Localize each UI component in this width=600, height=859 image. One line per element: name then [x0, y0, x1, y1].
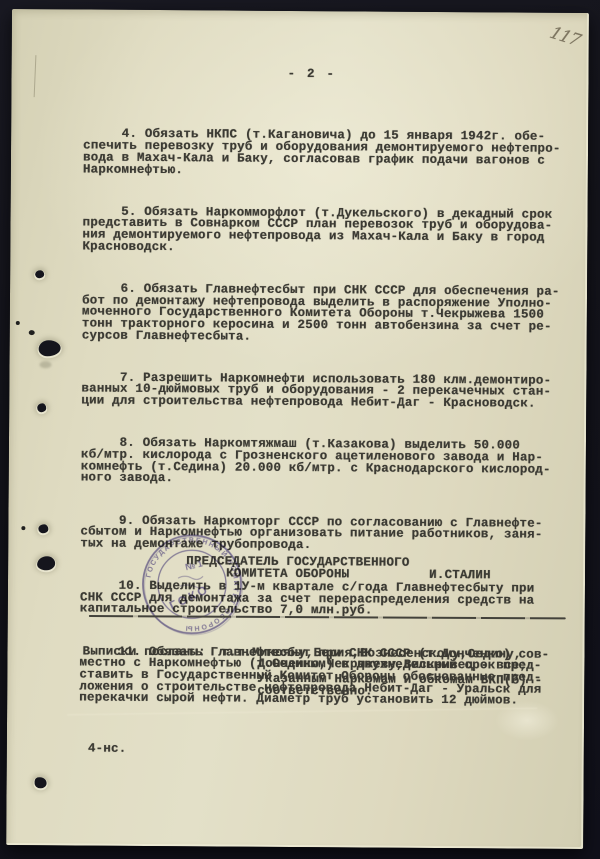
paragraph-6: 6. Обязать Главнефтесбыт при СНК СССР дл… [82, 283, 587, 345]
gko-round-stamp-icon: ГОСУДАРСТВЕННЫЙ КОМИТЕТ ОБОРОНЫ № 1 ГОКО [136, 528, 249, 641]
punch-hole [37, 403, 46, 412]
punch-hole [35, 777, 47, 788]
paper-scratch [34, 55, 37, 97]
signatory-name: И.СТАЛИН [429, 570, 491, 582]
punch-hole [38, 524, 48, 533]
punch-hole [39, 340, 61, 356]
paper-speck [21, 526, 25, 530]
distribution-line-4: соответственно. [257, 686, 373, 699]
paragraph-7: 7. Разрешить Наркомнефти использовать 18… [81, 372, 586, 411]
ink-smudge [39, 361, 51, 368]
document-page: 117 - 2 - 4. Обязать НКПС (т.Кагановича)… [6, 9, 589, 849]
punch-hole [37, 556, 55, 570]
paper-speck [29, 330, 35, 335]
stamp-abbr: ГОКО [167, 582, 212, 613]
paragraph-5: 5. Обязать Наркомморфлот (т.Дукельского)… [82, 206, 587, 256]
paragraph-8: 8. Обязать Наркомтяжмаш (т.Казакова) выд… [81, 438, 586, 488]
stamp-number: № 1 [184, 558, 203, 572]
paper-stain [495, 700, 559, 740]
handwritten-archive-number: 117 [547, 25, 582, 49]
punch-hole [35, 270, 44, 278]
scanned-document-canvas: 117 - 2 - 4. Обязать НКПС (т.Кагановича)… [0, 0, 600, 859]
document-body: 4. Обязать НКПС (т.Кагановича) до 15 янв… [79, 106, 588, 739]
paragraph-4: 4. Обязать НКПС (т.Кагановича) до 15 янв… [83, 129, 588, 179]
distribution-line-2: Донченко,Чекрыжеву,Вискривец - все; [257, 659, 527, 673]
page-number: - 2 - [288, 69, 337, 81]
typist-code: 4-нс. [88, 744, 127, 756]
paper-speck [16, 321, 20, 325]
